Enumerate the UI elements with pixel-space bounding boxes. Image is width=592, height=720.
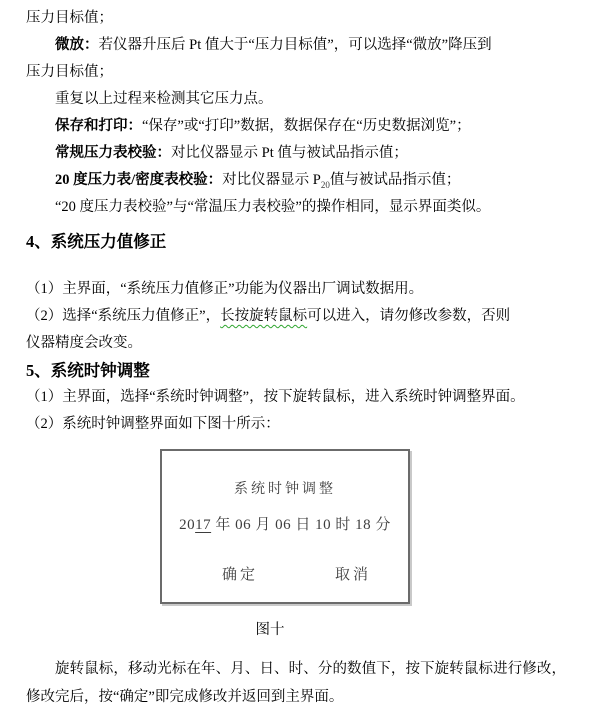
normal-gauge-term-text: 对比仪器显示 Pt 值与被试品指示值； xyxy=(171,145,408,161)
clock-dialog-figure: 系统时钟调整 2017 年 06 月 06 日 10 时 18 分 确定 取消 xyxy=(160,449,410,604)
paragraph-note: “20 度压力表校验”与“常温压力表校验”的操作相同，显示界面类似。 xyxy=(26,194,566,221)
paragraph-text: 重复以上过程来检测其它压力点。 xyxy=(55,91,273,107)
deg20-term-text-pre: 对比仪器显示 P xyxy=(222,172,321,188)
section-5-heading: 5、系统时钟调整 xyxy=(26,357,566,384)
paragraph-text: （1）主界面，选择“系统时钟调整”，按下旋转鼠标，进入系统时钟调整界面。 xyxy=(26,389,525,405)
deg20-term-label: 20 度压力表/密度表校验： xyxy=(55,172,222,188)
section-4-item-2: （2）选择“系统压力值修正”，长按旋转鼠标可以进入，请勿修改参数，否则 xyxy=(26,303,566,330)
grammar-checked-phrase: 长按旋转鼠标 xyxy=(220,308,307,324)
section-4-item-2-continued: 仪器精度会改变。 xyxy=(26,330,566,357)
paragraph-text: （1）主界面，“系统压力值修正”功能为仪器出厂调试数据用。 xyxy=(26,281,423,297)
paragraph-text: （2）系统时钟调整界面如下图十所示： xyxy=(26,416,280,432)
date-cursor-digits: 17 xyxy=(195,517,211,533)
section-5-item-2: （2）系统时钟调整界面如下图十所示： xyxy=(26,411,566,438)
paragraph-pressure-target-1: 压力目标值； xyxy=(26,5,566,32)
weifang-term-text: 若仪器升压后 Pt 值大于“压力目标值”，可以选择“微放”降压到 xyxy=(99,37,492,53)
paragraph-text-pre: （2）选择“系统压力值修正”， xyxy=(26,308,220,324)
section-4-heading: 4、系统压力值修正 xyxy=(26,228,566,255)
clock-dialog-title: 系统时钟调整 xyxy=(162,478,408,498)
paragraph-text: “20 度压力表校验”与“常温压力表校验”的操作相同，显示界面类似。 xyxy=(55,199,490,215)
section-4-item-1: （1）主界面，“系统压力值修正”功能为仪器出厂调试数据用。 xyxy=(26,276,566,303)
paragraph-text: 仪器精度会改变。 xyxy=(26,335,142,351)
paragraph-pressure-target-2: 压力目标值； xyxy=(26,59,566,86)
paragraph-weifang: 微放：若仪器升压后 Pt 值大于“压力目标值”，可以选择“微放”降压到 xyxy=(26,32,566,59)
document-page: 压力目标值； 微放：若仪器升压后 Pt 值大于“压力目标值”，可以选择“微放”降… xyxy=(0,0,592,720)
save-print-term-text: “保存”或“打印”数据，数据保存在“历史数据浏览”； xyxy=(142,118,471,134)
paragraph-normal-gauge: 常规压力表校验：对比仪器显示 Pt 值与被试品指示值； xyxy=(26,140,566,167)
paragraph-20deg-gauge: 20 度压力表/密度表校验：对比仪器显示 P20值与被试品指示值； xyxy=(26,167,566,194)
cancel-button: 取消 xyxy=(335,563,371,584)
paragraph-repeat: 重复以上过程来检测其它压力点。 xyxy=(26,86,566,113)
paragraph-text: 压力目标值； xyxy=(26,10,113,26)
clock-dialog-date: 2017 年 06 月 06 日 10 时 18 分 xyxy=(162,513,408,534)
ok-button: 确定 xyxy=(222,563,258,584)
figure-caption: 图十 xyxy=(145,621,395,639)
date-prefix: 20 xyxy=(179,517,195,533)
paragraph-save-print: 保存和打印：“保存”或“打印”数据，数据保存在“历史数据浏览”； xyxy=(26,113,566,140)
section-5-item-1: （1）主界面，选择“系统时钟调整”，按下旋转鼠标，进入系统时钟调整界面。 xyxy=(26,384,566,411)
p20-subscript: 20 xyxy=(321,180,330,190)
closing-paragraph: 旋转鼠标，移动光标在年、月、日、时、分的数值下，按下旋转鼠标进行修改，修改完后，… xyxy=(26,655,566,711)
save-print-term-label: 保存和打印： xyxy=(55,118,142,134)
normal-gauge-term-label: 常规压力表校验： xyxy=(55,145,171,161)
paragraph-text: 压力目标值； xyxy=(26,64,113,80)
deg20-term-text-post: 值与被试品指示值； xyxy=(330,172,461,188)
weifang-term-label: 微放： xyxy=(55,37,99,53)
date-rest: 年 06 月 06 日 10 时 18 分 xyxy=(211,517,391,533)
paragraph-text-post: 可以进入，请勿修改参数，否则 xyxy=(307,308,510,324)
